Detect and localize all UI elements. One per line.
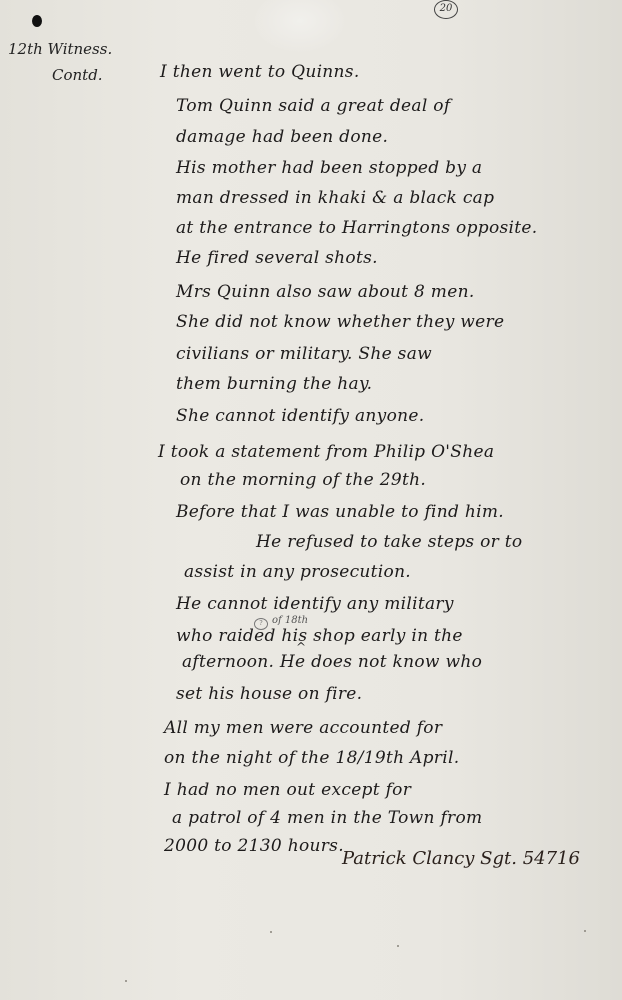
margin-note-contd: Contd.: [52, 66, 103, 84]
body-line: who raided his shop early in the: [176, 626, 463, 646]
body-line: Mrs Quinn also saw about 8 men.: [176, 282, 475, 302]
paper-speck: [584, 930, 586, 932]
body-line: damage had been done.: [176, 127, 388, 147]
body-line: afternoon. He does not know who: [182, 652, 482, 672]
body-line: He fired several shots.: [176, 248, 378, 268]
body-line: on the night of the 18/19th April.: [164, 748, 459, 768]
document-page: 20 12th Witness. Contd. I then went to Q…: [0, 0, 622, 1000]
circled-mark: ?: [254, 618, 268, 630]
body-line: She did not know whether they were: [176, 312, 504, 332]
body-line: them burning the hay.: [176, 374, 372, 394]
body-line: a patrol of 4 men in the Town from: [172, 808, 482, 828]
body-line: set his house on fire.: [176, 684, 362, 704]
body-line: She cannot identify anyone.: [176, 406, 424, 426]
body-line: man dressed in khaki & a black cap: [176, 188, 494, 208]
paper-speck: [270, 931, 272, 933]
paper-speck: [125, 980, 127, 982]
paper-speck: [397, 945, 399, 947]
body-line: at the entrance to Harringtons opposite.: [176, 218, 537, 238]
body-line: He refused to take steps or to: [256, 532, 522, 552]
body-line: He cannot identify any military: [176, 594, 454, 614]
folio-number: 20: [434, 0, 458, 19]
body-line: I took a statement from Philip O'Shea: [158, 442, 494, 462]
body-line: 2000 to 2130 hours.: [164, 836, 344, 856]
embossed-seal: [255, 0, 345, 52]
body-line: on the morning of the 29th.: [180, 470, 426, 490]
body-line: I then went to Quinns.: [160, 62, 360, 82]
body-line: His mother had been stopped by a: [176, 158, 482, 178]
body-line: I had no men out except for: [164, 780, 411, 800]
body-line: All my men were accounted for: [164, 718, 442, 738]
margin-note-witness: 12th Witness.: [8, 40, 112, 58]
punch-hole: [32, 15, 42, 27]
body-line: civilians or military. She saw: [176, 344, 432, 364]
signature: Patrick Clancy Sgt. 54716: [342, 848, 580, 869]
body-line: assist in any prosecution.: [184, 562, 411, 582]
interlinear-insert: of 18th: [272, 615, 308, 626]
body-line: Before that I was unable to find him.: [176, 502, 504, 522]
body-line: Tom Quinn said a great deal of: [176, 96, 450, 116]
